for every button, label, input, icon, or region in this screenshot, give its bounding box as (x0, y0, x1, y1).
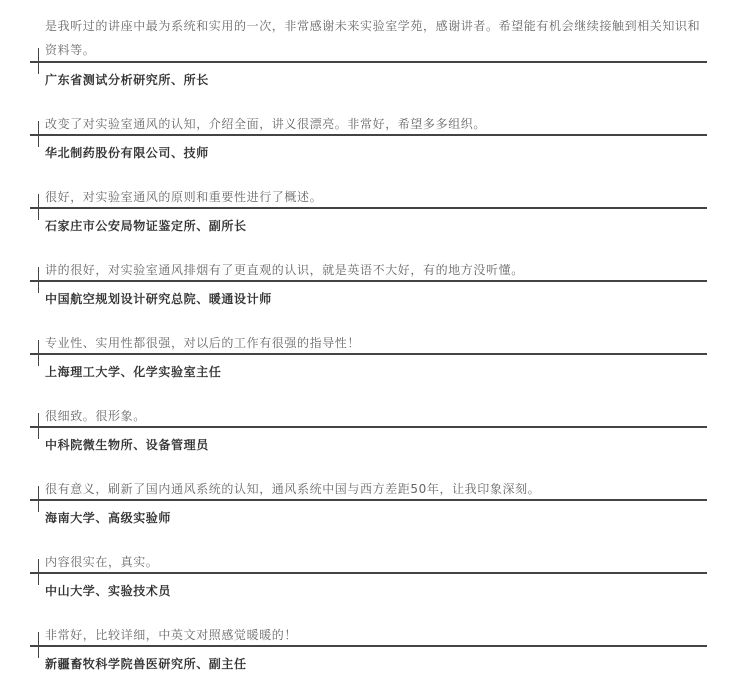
testimonial-author: 石家庄市公安局物证鉴定所、副所长 (45, 217, 247, 234)
testimonial-comment: 内容很实在，真实。 (45, 553, 158, 570)
testimonial-comment: 非常好，比较详细，中英文对照感觉暖暖的！ (45, 626, 297, 643)
testimonial-comment: 讲的很好，对实验室通风排烟有了更直观的认识，就是英语不大好，有的地方没听懂。 (45, 261, 524, 278)
testimonial-author: 中国航空规划设计研究总院、暖通设计师 (45, 290, 272, 307)
divider-tick-mark (38, 413, 39, 439)
divider-tick-mark (38, 267, 39, 293)
divider-line (30, 645, 707, 647)
testimonial-comment: 很好，对实验室通风的原则和重要性进行了概述。 (45, 188, 322, 205)
intro-comment: 是我听过的讲座中最为系统和实用的一次，非常感谢未来实验室学苑，感谢讲者。希望能有… (45, 14, 710, 62)
testimonial-comment: 很有意义，刷新了国内通风系统的认知，通风系统中国与西方差距50年，让我印象深刻。 (45, 480, 540, 497)
testimonial-comment: 改变了对实验室通风的认知，介绍全面，讲义很漂亮。非常好，希望多多组织。 (45, 115, 486, 132)
divider-line (30, 280, 707, 282)
testimonial-author: 海南大学、高级实验师 (45, 509, 171, 526)
testimonial-author: 上海理工大学、化学实验室主任 (45, 363, 221, 380)
testimonial-comment: 专业性、实用性都很强，对以后的工作有很强的指导性！ (45, 334, 360, 351)
divider-line (30, 499, 707, 501)
divider-line (30, 353, 707, 355)
divider-tick-mark (38, 48, 39, 74)
testimonial-author: 广东省测试分析研究所、所长 (45, 71, 209, 88)
divider-tick-mark (38, 194, 39, 220)
testimonial-author: 中科院微生物所、设备管理员 (45, 436, 209, 453)
divider-line (30, 572, 707, 574)
divider-tick-mark (38, 340, 39, 366)
divider-tick-mark (38, 121, 39, 147)
divider-tick-mark (38, 559, 39, 585)
divider-line (30, 207, 707, 209)
testimonial-author: 华北制药股份有限公司、技师 (45, 144, 209, 161)
testimonial-author: 新疆畜牧科学院兽医研究所、副主任 (45, 655, 247, 672)
divider-line (30, 61, 707, 63)
divider-tick-mark (38, 632, 39, 658)
testimonial-comment: 很细致。很形象。 (45, 407, 146, 424)
divider-tick-mark (38, 486, 39, 512)
testimonial-author: 中山大学、实验技术员 (45, 582, 171, 599)
divider-line (30, 426, 707, 428)
divider-line (30, 134, 707, 136)
